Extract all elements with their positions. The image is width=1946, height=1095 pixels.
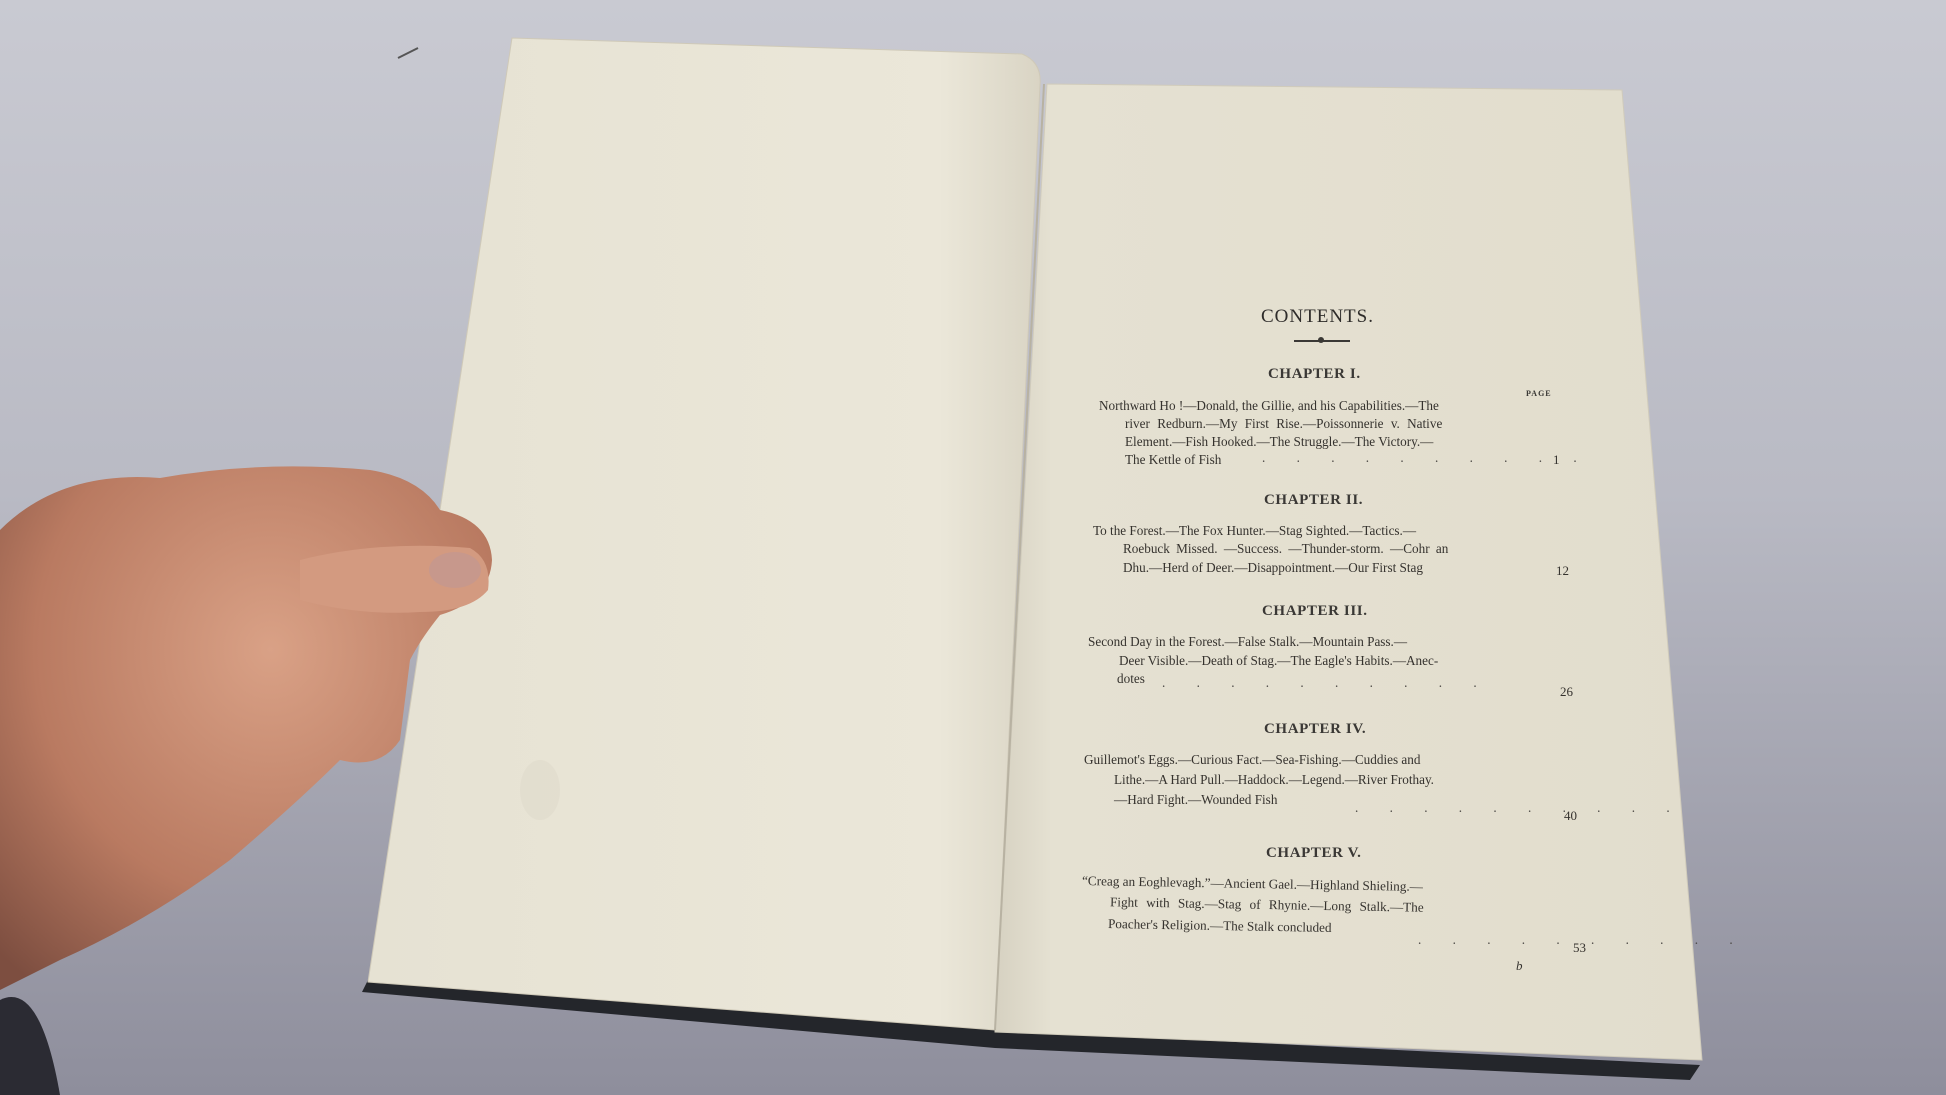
chapter-heading: CHAPTER V. bbox=[1266, 845, 1361, 862]
sleeve bbox=[0, 997, 60, 1095]
page-number: 53 bbox=[1573, 940, 1586, 956]
chapter-line: Guillemot's Eggs.—Curious Fact.—Sea-Fish… bbox=[1084, 752, 1420, 768]
contents-title: CONTENTS. bbox=[1261, 306, 1374, 328]
chapter-line: Northward Ho !—Donald, the Gillie, and h… bbox=[1099, 398, 1439, 414]
leader-dots: . . . . . . . . . . bbox=[1162, 675, 1491, 691]
page-number: 26 bbox=[1560, 684, 1573, 700]
chapter-line: Roebuck Missed. —Success. —Thunder-storm… bbox=[1123, 541, 1448, 557]
leader-dots: . . . . . . . . . . bbox=[1355, 800, 1684, 816]
chapter-heading: CHAPTER IV. bbox=[1264, 721, 1366, 738]
page-number: 1 bbox=[1553, 452, 1560, 468]
page-number: 12 bbox=[1556, 563, 1569, 579]
chapter-line: Deer Visible.—Death of Stag.—The Eagle's… bbox=[1119, 653, 1438, 669]
chapter-heading: CHAPTER II. bbox=[1264, 492, 1363, 509]
chapter-heading: CHAPTER I. bbox=[1268, 366, 1361, 383]
background-mark bbox=[398, 48, 418, 58]
chapter-line: Lithe.—A Hard Pull.—Haddock.—Legend.—Riv… bbox=[1114, 772, 1434, 788]
leader-dots: . . . . . . . . . . bbox=[1262, 450, 1591, 466]
chapter-line: Dhu.—Herd of Deer.—Disappointment.—Our F… bbox=[1123, 560, 1423, 576]
chapter-line: dotes bbox=[1117, 671, 1145, 687]
book-scene bbox=[0, 0, 1946, 1095]
chapter-line: river Redburn.—My First Rise.—Poissonner… bbox=[1125, 416, 1442, 432]
chapter-line: Element.—Fish Hooked.—The Struggle.—The … bbox=[1125, 434, 1433, 450]
page-column-header: PAGE bbox=[1526, 389, 1552, 398]
page-number: 40 bbox=[1564, 808, 1577, 824]
chapter-line: To the Forest.—The Fox Hunter.—Stag Sigh… bbox=[1093, 523, 1416, 539]
thumbnail bbox=[429, 552, 481, 588]
chapter-heading: CHAPTER III. bbox=[1262, 603, 1368, 620]
signature-mark: b bbox=[1516, 958, 1523, 974]
chapter-line: —Hard Fight.—Wounded Fish bbox=[1114, 792, 1277, 808]
chapter-line: Second Day in the Forest.—False Stalk.—M… bbox=[1088, 634, 1407, 650]
ornament-dot bbox=[1318, 337, 1324, 343]
chapter-line: The Kettle of Fish bbox=[1125, 452, 1221, 468]
